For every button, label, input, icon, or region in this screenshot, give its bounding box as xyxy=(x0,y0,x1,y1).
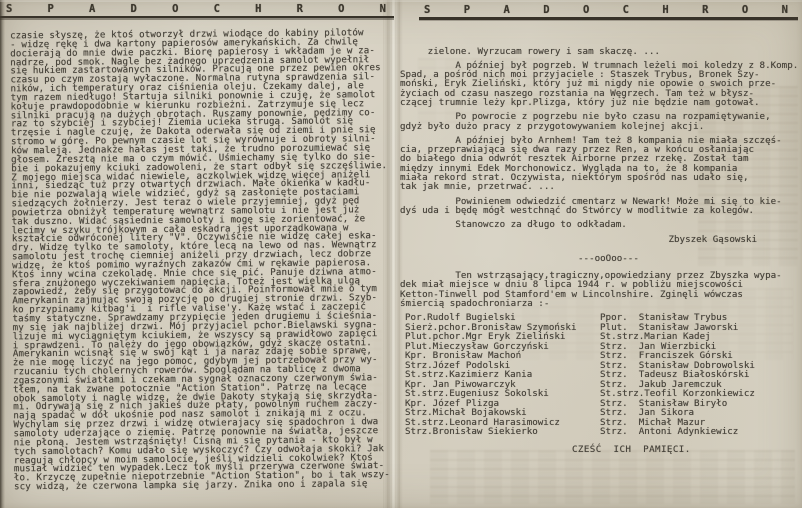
casualty-right: Strz. Antoni Adynkiewicz xyxy=(600,427,802,437)
text-line: tak jak mnie, przetrwać. ... xyxy=(400,182,802,191)
text-line: zielone. Wyrzucam rowery i sam skaczę. .… xyxy=(400,47,802,56)
masthead-letter: C xyxy=(214,4,220,15)
masthead-letter: O xyxy=(742,5,748,16)
text-line: Stanowczo za długo to odkładam. xyxy=(400,220,802,229)
section-divider: ---ooOoo--- xyxy=(400,254,802,263)
masthead-letter: O xyxy=(338,4,344,15)
masthead-letter: R xyxy=(702,5,708,16)
masthead-letter: P xyxy=(464,5,470,16)
masthead-letter: O xyxy=(172,4,178,15)
masthead-letter: H xyxy=(662,5,668,16)
right-page-text: zielone. Wyrzucam rowery i sam skaczę. .… xyxy=(400,47,802,455)
paragraph: zielone. Wyrzucam rowery i sam skaczę. .… xyxy=(400,47,802,56)
masthead-letter: R xyxy=(297,4,303,15)
masthead-letter: D xyxy=(131,4,137,15)
masthead-letter: S xyxy=(424,5,430,16)
masthead-left: S P A D O C H R O N xyxy=(6,4,386,15)
casualty-left: Strz.Bronisław Siekierko xyxy=(405,427,600,437)
masthead-letter: D xyxy=(543,5,549,16)
masthead-letter: H xyxy=(255,4,261,15)
casualty-row: Strz.Bronisław Siekierko Strz. Antoni Ad… xyxy=(405,427,802,437)
page-right: S P A D O C H R O N xyxy=(398,0,802,508)
paragraph: Powinienem odwiedzić cmentarz w Newark! … xyxy=(400,197,802,216)
paragraph: A później było Arnhem! Tam też 8 kompani… xyxy=(400,136,802,192)
scanned-spread: S P A D O C H R O N czasie s xyxy=(0,0,802,508)
masthead-letter: O xyxy=(583,5,589,16)
masthead-letter: C xyxy=(623,5,629,16)
signature: Zbyszek Gąsowski xyxy=(400,235,802,244)
masthead-letter: S xyxy=(6,4,12,15)
masthead-letter: N xyxy=(380,4,386,15)
text-line: scy widzą, że czerwona lampka się jarzy.… xyxy=(14,480,394,492)
paragraph: Stanowczo za długo to odkładam. xyxy=(400,220,802,229)
masthead-letter: A xyxy=(89,4,95,15)
text-line: gdyż było dużo pracy z przygotowywaniem … xyxy=(400,122,802,131)
text-line: czącej trumnie leży kpr.Plizga, który ju… xyxy=(400,98,802,107)
masthead-rule-left xyxy=(0,16,394,18)
paragraph: A później był pogrzeb. W trumnach leżeli… xyxy=(400,61,802,107)
masthead-letter: N xyxy=(782,5,788,16)
masthead-rule-right xyxy=(419,17,798,20)
memorial-line: CZEŚĆ ICH PAMIĘCI. xyxy=(400,445,802,454)
text-line: śmiercią spadochroniarza :- xyxy=(400,299,802,308)
masthead-letter: A xyxy=(503,5,509,16)
masthead-letter: P xyxy=(48,4,54,15)
left-page-text: czasie słyszę, że ktoś otworzył drzwi wi… xyxy=(10,29,394,492)
text-line: dyś uda i będę mógł westchnąć do Stwórcy… xyxy=(400,206,802,215)
paragraph: Ten wstrząsający,tragiczny,opowiedziany … xyxy=(400,271,802,308)
page-left: S P A D O C H R O N czasie s xyxy=(0,0,394,508)
paragraph: Po powrocie z pogrzebu nie było czasu na… xyxy=(400,112,802,131)
casualty-list: Por.Rudolf Bugielski Ppor. Stanisław Try… xyxy=(405,313,802,437)
masthead-right: S P A D O C H R O N xyxy=(424,5,788,16)
